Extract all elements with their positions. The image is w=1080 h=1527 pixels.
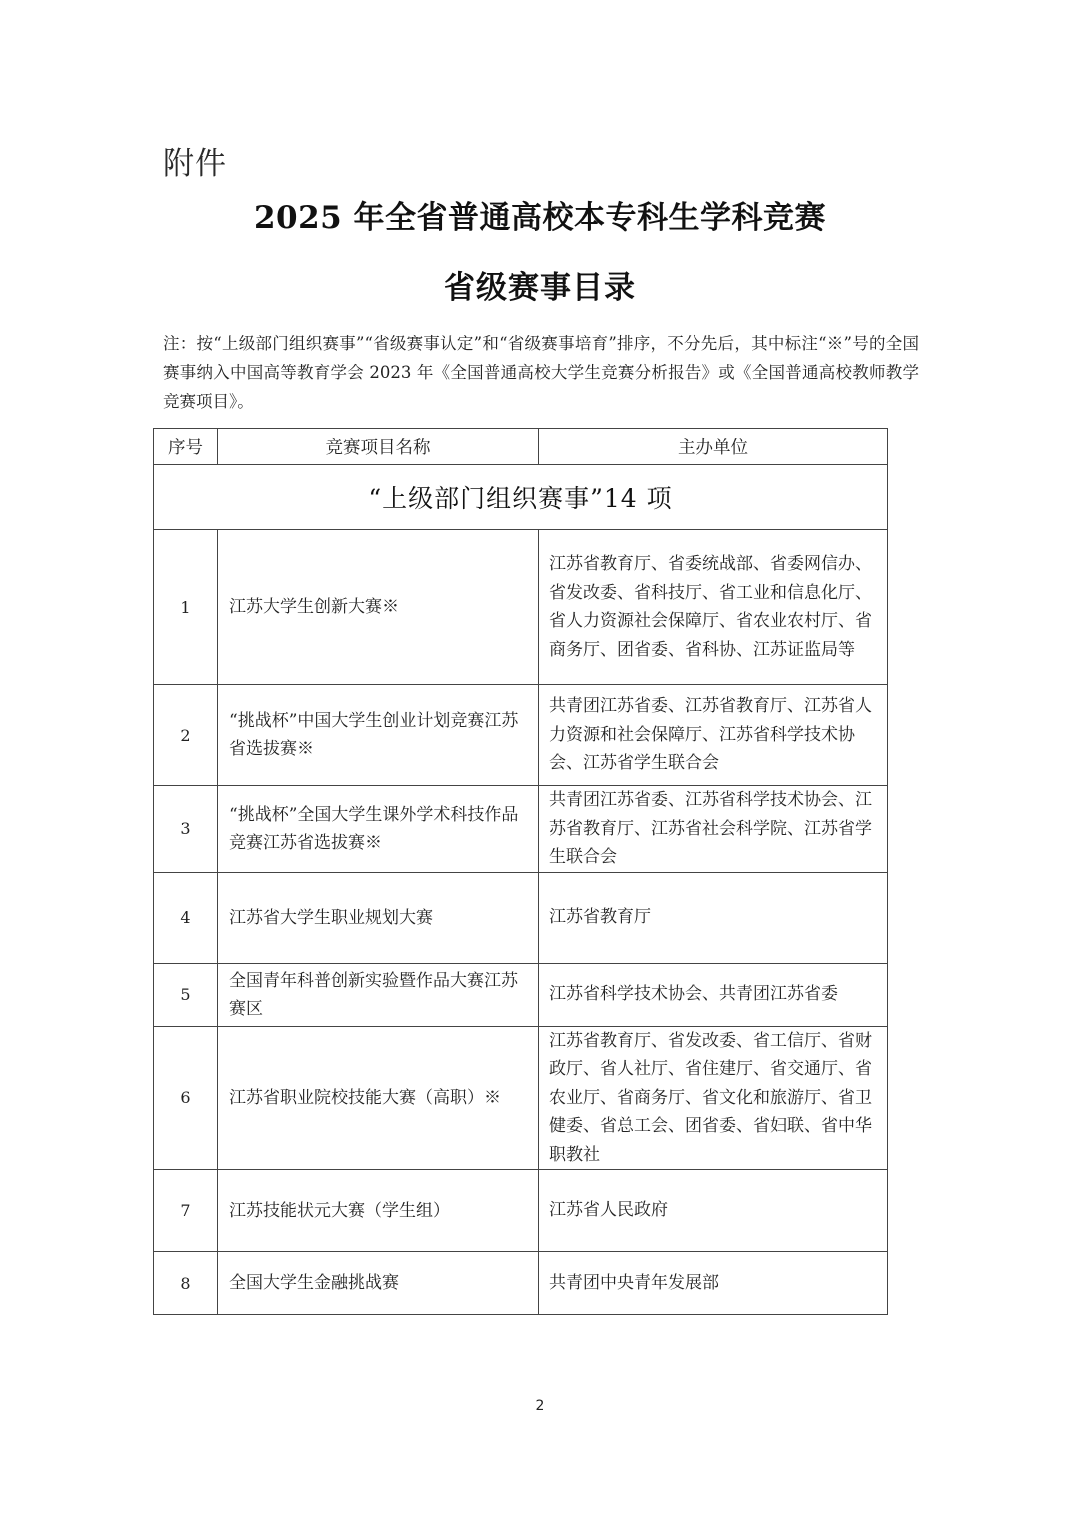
row-organizer: 共青团江苏省委、江苏省教育厅、江苏省人力资源和社会保障厅、江苏省科学技术协会、江… (539, 685, 888, 786)
row-no: 2 (154, 685, 218, 786)
table-row: 7 江苏技能状元大赛（学生组） 江苏省人民政府 (154, 1170, 888, 1252)
table-row: 5 全国青年科普创新实验暨作品大赛江苏赛区 江苏省科学技术协会、共青团江苏省委 (154, 963, 888, 1026)
header-name: 竞赛项目名称 (218, 429, 539, 465)
table-row: 8 全国大学生金融挑战赛 共青团中央青年发展部 (154, 1252, 888, 1315)
row-name: “挑战杯”中国大学生创业计划竞赛江苏省选拔赛※ (218, 685, 539, 786)
row-no: 5 (154, 963, 218, 1026)
row-no: 6 (154, 1026, 218, 1170)
row-no: 3 (154, 786, 218, 873)
row-no: 1 (154, 530, 218, 685)
header-no: 序号 (154, 429, 218, 465)
section-title: “上级部门组织赛事”14 项 (154, 465, 888, 530)
row-name: 全国青年科普创新实验暨作品大赛江苏赛区 (218, 963, 539, 1026)
document-title-line1: 2025 年全省普通高校本专科生学科竞赛 (0, 192, 1080, 237)
page-number: 2 (0, 1398, 1080, 1414)
table-row: 2 “挑战杯”中国大学生创业计划竞赛江苏省选拔赛※ 共青团江苏省委、江苏省教育厅… (154, 685, 888, 786)
table-row: 1 江苏大学生创新大赛※ 江苏省教育厅、省委统战部、省委网信办、省发改委、省科技… (154, 530, 888, 685)
table-header-row: 序号 竞赛项目名称 主办单位 (154, 429, 888, 465)
attachment-label: 附件 (163, 138, 227, 183)
row-no: 7 (154, 1170, 218, 1252)
row-organizer: 共青团江苏省委、江苏省科学技术协会、江苏省教育厅、江苏省社会科学院、江苏省学生联… (539, 786, 888, 873)
document-note: 注：按“上级部门组织赛事”“省级赛事认定”和“省级赛事培育”排序，不分先后，其中… (163, 329, 919, 416)
row-organizer: 江苏省教育厅 (539, 872, 888, 963)
header-organizer: 主办单位 (539, 429, 888, 465)
row-name: 江苏省大学生职业规划大赛 (218, 872, 539, 963)
table-row: 6 江苏省职业院校技能大赛（高职）※ 江苏省教育厅、省发改委、省工信厅、省财政厅… (154, 1026, 888, 1170)
row-name: 全国大学生金融挑战赛 (218, 1252, 539, 1315)
row-organizer: 共青团中央青年发展部 (539, 1252, 888, 1315)
row-name: 江苏大学生创新大赛※ (218, 530, 539, 685)
document-title-line2: 省级赛事目录 (0, 262, 1080, 307)
row-name: 江苏技能状元大赛（学生组） (218, 1170, 539, 1252)
row-no: 8 (154, 1252, 218, 1315)
row-organizer: 江苏省教育厅、省委统战部、省委网信办、省发改委、省科技厅、省工业和信息化厅、省人… (539, 530, 888, 685)
table-row: 4 江苏省大学生职业规划大赛 江苏省教育厅 (154, 872, 888, 963)
row-name: “挑战杯”全国大学生课外学术科技作品竞赛江苏省选拔赛※ (218, 786, 539, 873)
row-organizer: 江苏省科学技术协会、共青团江苏省委 (539, 963, 888, 1026)
competition-catalog-table: 序号 竞赛项目名称 主办单位 “上级部门组织赛事”14 项 1 江苏大学生创新大… (153, 428, 888, 1315)
row-organizer: 江苏省教育厅、省发改委、省工信厅、省财政厅、省人社厅、省住建厅、省交通厅、省农业… (539, 1026, 888, 1170)
row-organizer: 江苏省人民政府 (539, 1170, 888, 1252)
table-row: 3 “挑战杯”全国大学生课外学术科技作品竞赛江苏省选拔赛※ 共青团江苏省委、江苏… (154, 786, 888, 873)
section-row: “上级部门组织赛事”14 项 (154, 465, 888, 530)
row-name: 江苏省职业院校技能大赛（高职）※ (218, 1026, 539, 1170)
row-no: 4 (154, 872, 218, 963)
